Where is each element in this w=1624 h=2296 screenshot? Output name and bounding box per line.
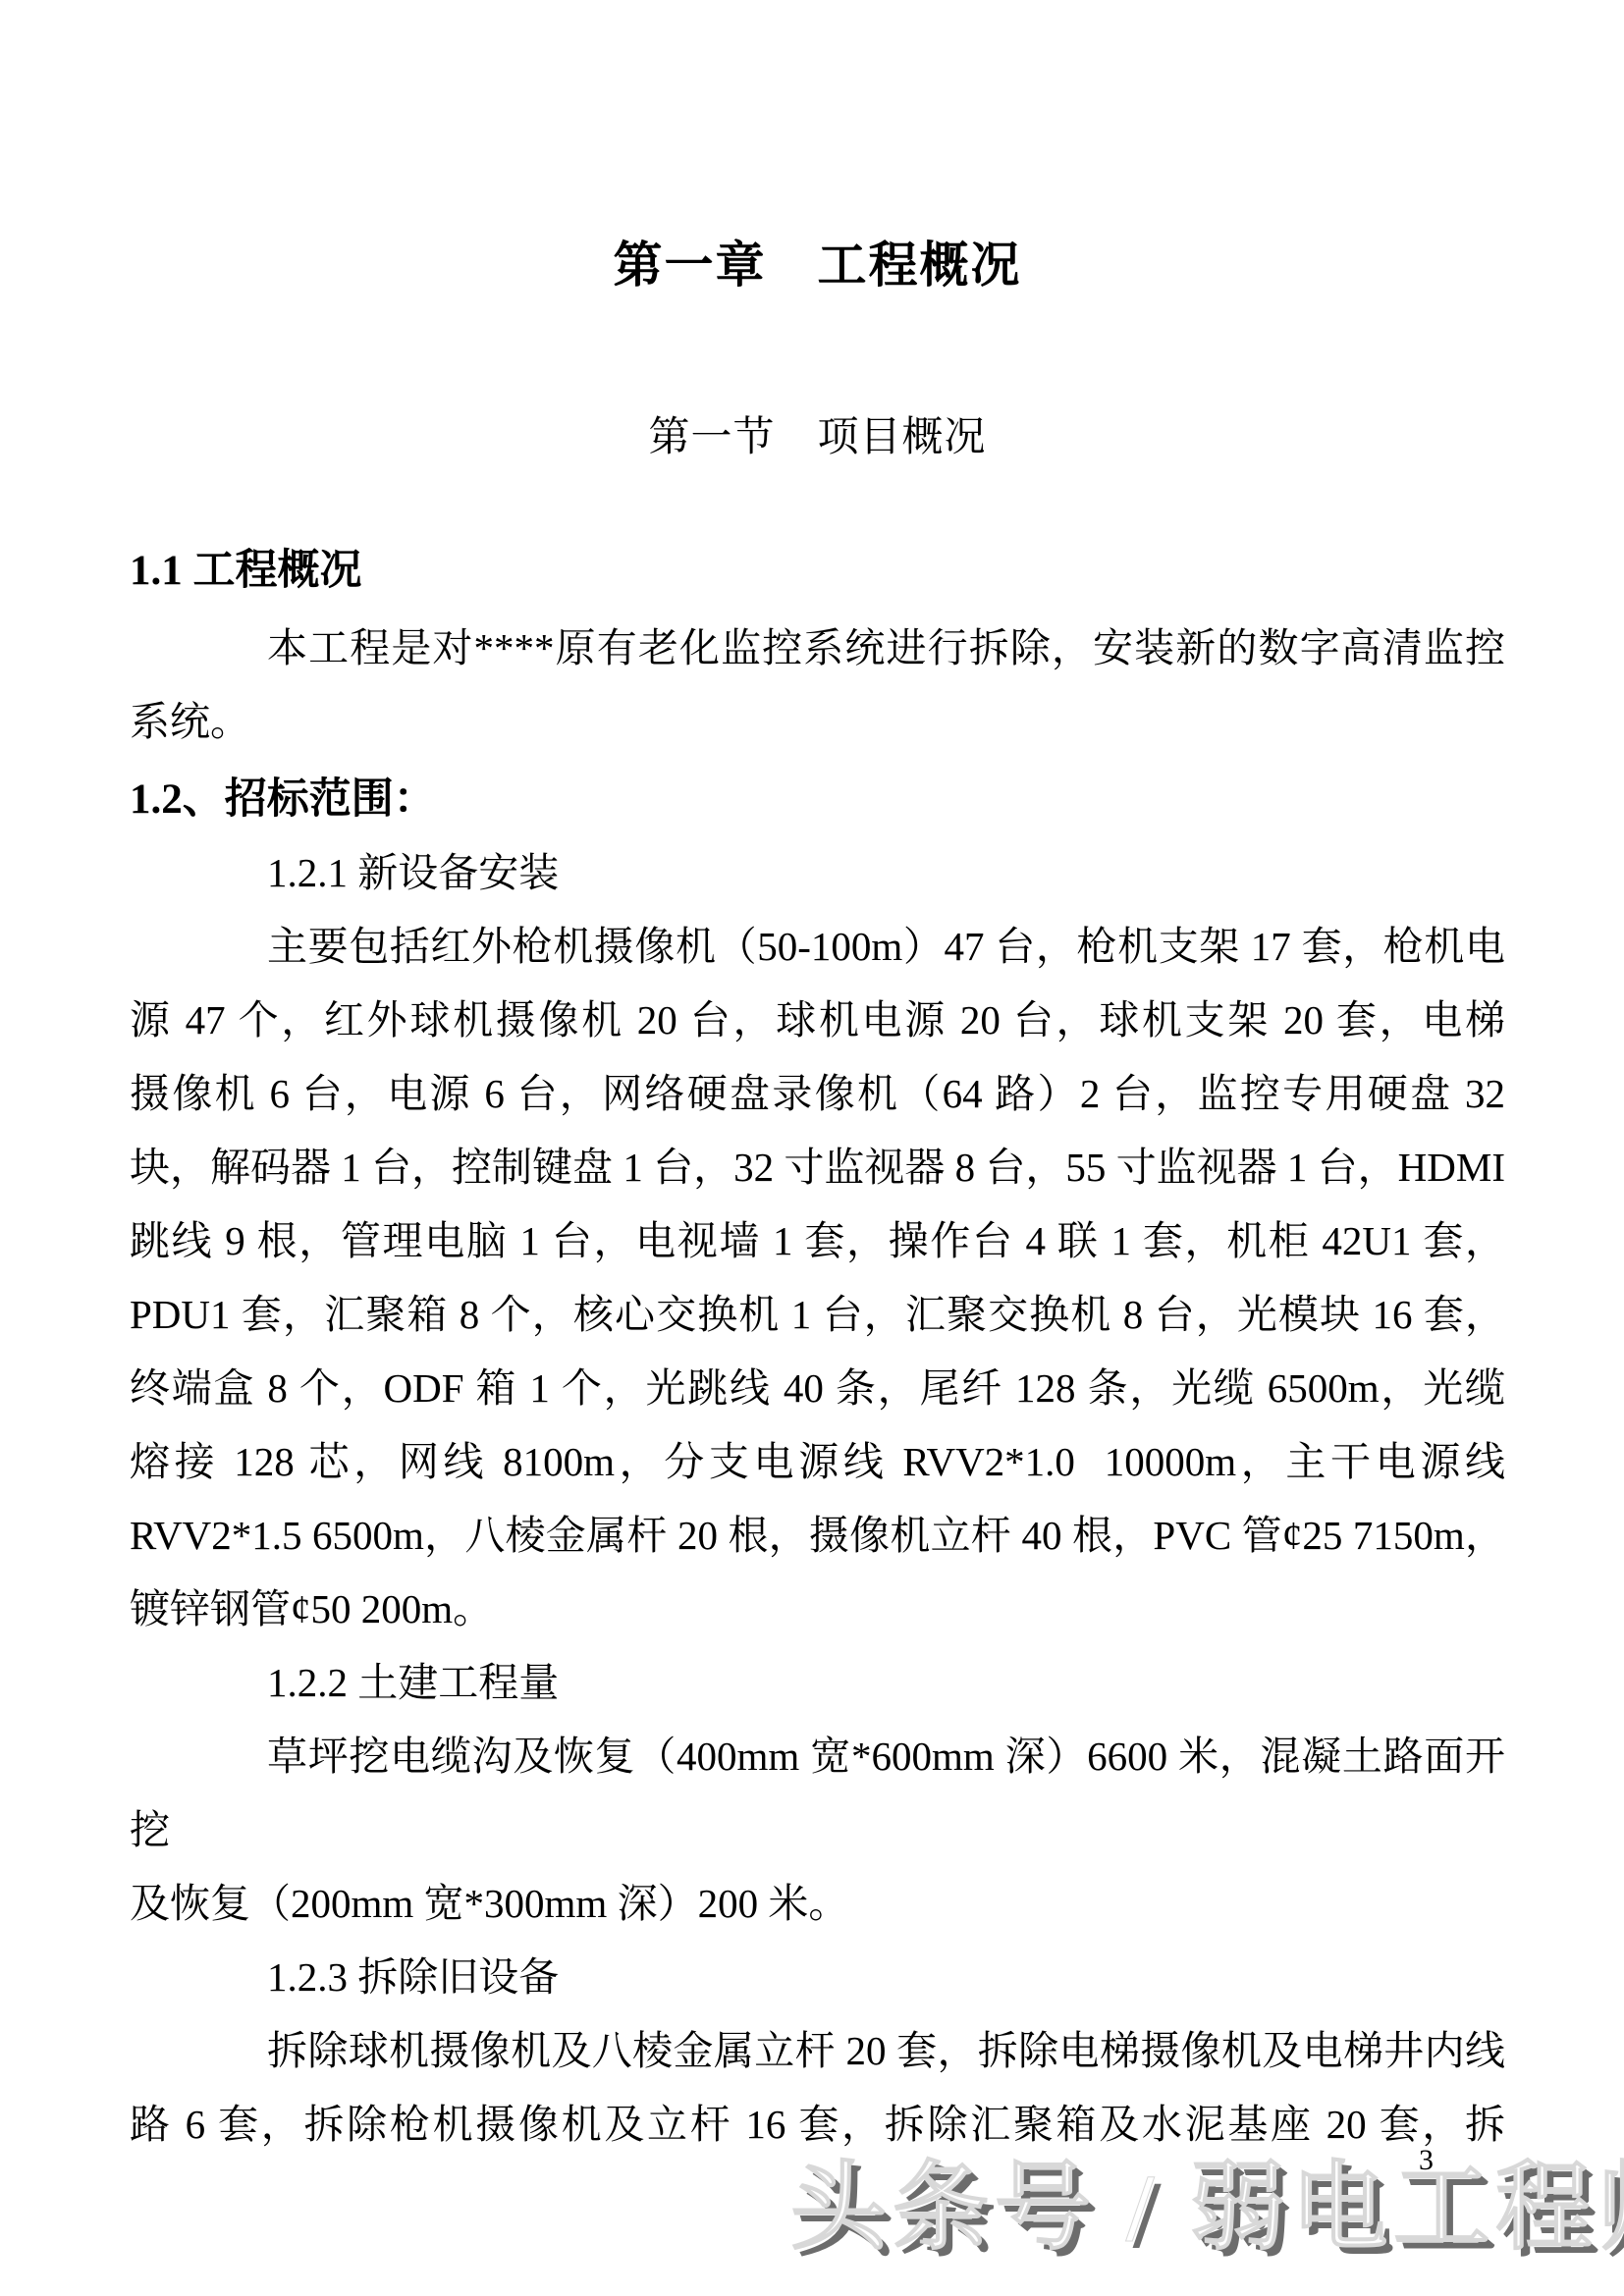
- text-line: 草坪挖电缆沟及恢复（400mm 宽*600mm 深）6600 米，混凝土路面开挖: [130, 1720, 1505, 1867]
- watermark-text: 头条号 / 弱电工程师: [790, 2160, 1624, 2258]
- paragraph-project-overview: 本工程是对****原有老化监控系统进行拆除，安装新的数字高清监控系统。: [130, 612, 1505, 759]
- document-content: 第一章 工程概况 第一节 项目概况 1.1 工程概况 本工程是对****原有老化…: [130, 0, 1505, 2162]
- text-line: 跳线 9 根，管理电脑 1 台，电视墙 1 套，操作台 4 联 1 套，机柜 4…: [130, 1204, 1505, 1278]
- paragraph-civil-works: 草坪挖电缆沟及恢复（400mm 宽*600mm 深）6600 米，混凝土路面开挖…: [130, 1720, 1505, 1941]
- heading-1-2-1-new-equipment: 1.2.1 新设备安装: [130, 836, 1505, 910]
- heading-1-2-3-demolition: 1.2.3 拆除旧设备: [130, 1941, 1505, 2014]
- text-line: 拆除球机摄像机及八棱金属立杆 20 套，拆除电梯摄像机及电梯井内线: [130, 2014, 1505, 2088]
- text-line: 路 6 套，拆除枪机摄像机及立杆 16 套，拆除汇聚箱及水泥基座 20 套，拆: [130, 2088, 1505, 2162]
- paragraph-demolition: 拆除球机摄像机及八棱金属立杆 20 套，拆除电梯摄像机及电梯井内线路 6 套，拆…: [130, 2014, 1505, 2162]
- text-line: 终端盒 8 个，ODF 箱 1 个，光跳线 40 条，尾纤 128 条，光缆 6…: [130, 1352, 1505, 1425]
- paragraph-new-equipment: 主要包括红外枪机摄像机（50-100m）47 台，枪机支架 17 套，枪机电源 …: [130, 910, 1505, 1646]
- heading-1-2-2-civil-works: 1.2.2 土建工程量: [130, 1646, 1505, 1720]
- text-line: 熔接 128 芯，网线 8100m，分支电源线 RVV2*1.0 10000m，…: [130, 1425, 1505, 1499]
- text-line: 及恢复（200mm 宽*300mm 深）200 米。: [130, 1867, 1505, 1941]
- text-line: 本工程是对****原有老化监控系统进行拆除，安装新的数字高清监控: [130, 612, 1505, 685]
- text-line: RVV2*1.5 6500m，八棱金属杆 20 根，摄像机立杆 40 根，PVC…: [130, 1499, 1505, 1573]
- chapter-title: 第一章 工程概况: [130, 228, 1505, 302]
- section-title: 第一节 项目概况: [130, 400, 1505, 475]
- page-number: 3: [1419, 2142, 1434, 2179]
- text-line: 主要包括红外枪机摄像机（50-100m）47 台，枪机支架 17 套，枪机电: [130, 910, 1505, 984]
- text-line: 摄像机 6 台，电源 6 台，网络硬盘录像机（64 路）2 台，监控专用硬盘 3…: [130, 1057, 1505, 1131]
- text-line: 块，解码器 1 台，控制键盘 1 台，32 寸监视器 8 台，55 寸监视器 1…: [130, 1131, 1505, 1204]
- text-line: 镀锌钢管¢50 200m。: [130, 1573, 1505, 1646]
- text-line: 源 47 个，红外球机摄像机 20 台，球机电源 20 台，球机支架 20 套，…: [130, 984, 1505, 1057]
- text-line: PDU1 套，汇聚箱 8 个，核心交换机 1 台，汇聚交换机 8 台，光模块 1…: [130, 1278, 1505, 1352]
- document-page: 第一章 工程概况 第一节 项目概况 1.1 工程概况 本工程是对****原有老化…: [0, 0, 1624, 2296]
- heading-1-1-project-overview: 1.1 工程概况: [130, 534, 1505, 608]
- heading-1-2-bidding-scope: 1.2、招标范围：: [130, 763, 1505, 836]
- text-line: 系统。: [130, 685, 1505, 759]
